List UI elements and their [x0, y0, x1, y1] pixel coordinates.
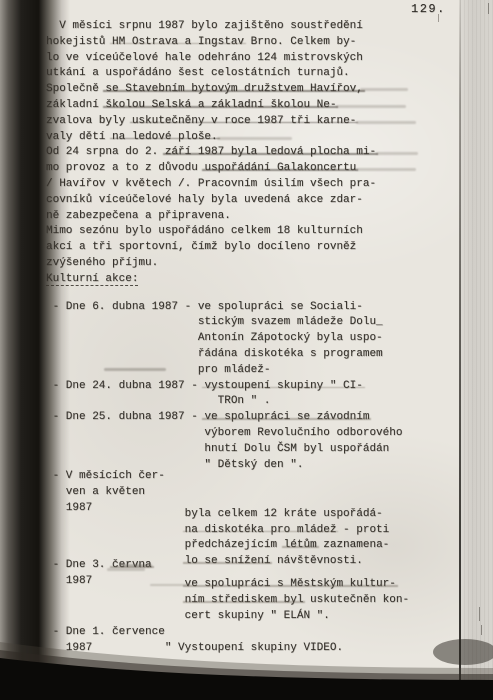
- text-segment: [46, 524, 185, 536]
- text-line: Mimo sezónu bylo uspořádáno celkem 18 ku…: [46, 224, 486, 240]
- text-segment: - Dne 25. dubna 1987 -: [46, 411, 204, 423]
- text-line: na diskotéka pro mládež - proti: [46, 523, 486, 539]
- text-line: - Dne 24. dubna 1987 - vystoupení skupin…: [46, 379, 486, 395]
- text-line: výborem Revolučního odborového: [46, 426, 486, 442]
- text-segment: - Dne 3.: [46, 559, 112, 571]
- text-segment: - V měsících čer-: [46, 470, 165, 482]
- struck-text: uskutečněny v roce 1987 tři karne-: [132, 115, 356, 127]
- smudge-mark: [336, 105, 406, 108]
- text-segment: předcházejícím: [46, 539, 284, 551]
- text-line: zvýšeného příjmu.: [46, 256, 486, 272]
- text-segment: valy dětí: [46, 131, 112, 143]
- struck-text: ve spolupráci s Městským kultur-: [185, 578, 396, 590]
- struck-text: na diskotéka pro mládež: [185, 524, 337, 536]
- text-segment: řádána diskotéka s programem: [46, 348, 383, 360]
- smudge-mark: [217, 137, 292, 140]
- text-segment: ven a květen: [46, 486, 145, 498]
- text-segment: Mimo sezónu bylo uspořádáno celkem 18 ku…: [46, 225, 363, 237]
- text-segment: lo ve víceúčelové hale odehráno 124 mist…: [46, 52, 363, 64]
- text-segment: - proti: [336, 524, 389, 536]
- section-heading-text: Kulturní akce:: [46, 273, 138, 286]
- smudge-mark: [356, 168, 416, 171]
- text-segment: - Dne 24. dubna 1987 -: [46, 380, 204, 392]
- edge-tick-mark: [479, 607, 480, 621]
- text-line: předcházejícím létům zaznamena-: [46, 538, 486, 554]
- text-line: ním střediskem byl uskutečněn kon-: [46, 593, 486, 609]
- text-line: covníků víceúčelové haly byla uvedená ak…: [46, 193, 486, 209]
- text-line: základní školou Selská a základní školou…: [46, 98, 486, 114]
- smudge-mark: [104, 368, 166, 371]
- struck-text: HM Ostrava a Ingstav: [112, 36, 244, 48]
- struck-text: ním střediskem byl: [185, 594, 304, 606]
- text-line: - Dne 6. dubna 1987 - ve spolupráci se S…: [46, 300, 486, 316]
- text-line: ven a květen: [46, 485, 486, 501]
- smudge-mark: [107, 568, 145, 571]
- text-segment: návštěvnosti.: [270, 555, 362, 567]
- text-segment: / Havířov v květech /. Pracovním úsilím …: [46, 178, 376, 190]
- section-heading: Kulturní akce:: [46, 272, 486, 288]
- text-line: mo provoz a to z důvodu uspořádání Galak…: [46, 161, 486, 177]
- text-segment: akcí a tři sportovní, čímž bylo docíleno…: [46, 241, 356, 253]
- text-segment: zvýšeného příjmu.: [46, 257, 158, 269]
- edge-tick-mark: [488, 3, 489, 14]
- text-line: / Havířov v květech /. Pracovním úsilím …: [46, 177, 486, 193]
- text-segment: zvalova byly: [46, 115, 132, 127]
- smudge-mark: [150, 584, 190, 586]
- text-line: pro mládež-: [46, 363, 486, 379]
- text-line: stickým svazem mládeže Dolu_: [46, 315, 486, 331]
- struck-text: září 1987 byla ledová plocha mi-: [165, 146, 376, 158]
- corner-mark: [430, 14, 439, 22]
- text-segment: stickým svazem mládeže Dolu_: [46, 316, 383, 328]
- text-segment: hokejistů: [46, 36, 112, 48]
- document-body: V měsíci srpnu 1987 bylo zajištěno soust…: [46, 19, 486, 656]
- text-segment: covníků víceúčelové haly byla uvedená ak…: [46, 194, 363, 206]
- paragraph-block: V měsíci srpnu 1987 bylo zajištěno soust…: [46, 19, 486, 272]
- scanned-page: 129. V měsíci srpnu 1987 bylo zajištěno …: [0, 0, 493, 700]
- smudge-mark: [376, 152, 418, 155]
- text-segment: zaznamena-: [317, 539, 390, 551]
- text-segment: uskutečněn kon-: [303, 594, 409, 606]
- text-segment: výborem Revolučního odborového: [46, 427, 402, 439]
- text-line: Antonín Zápotocký byla uspo-: [46, 331, 486, 347]
- text-segment: byla celkem 12 kráte uspořádá-: [46, 508, 383, 520]
- struck-text: se Stavebním bytovým družstvem Havířov,: [105, 83, 362, 95]
- text-line: hnutí Dolu ČSM byl uspořádán: [46, 442, 486, 458]
- text-line: ně zabezpečena a připravena.: [46, 209, 486, 225]
- text-segment: [46, 594, 185, 606]
- text-line: zvalova byly uskutečněny v roce 1987 tři…: [46, 114, 486, 130]
- struck-text: školou Selská a základní školou Ne-: [105, 99, 336, 111]
- text-line: hokejistů HM Ostrava a Ingstav Brno. Cel…: [46, 35, 486, 51]
- text-line: cert skupiny " ELÁN ".: [46, 609, 486, 625]
- text-segment: - Dne 6. dubna 1987 - ve spolupráci se S…: [46, 301, 363, 313]
- smudge-mark: [360, 88, 408, 91]
- text-line: akcí a tři sportovní, čímž bylo docíleno…: [46, 240, 486, 256]
- text-segment: ně zabezpečena a připravena.: [46, 210, 231, 222]
- text-segment: hnutí Dolu ČSM byl uspořádán: [46, 443, 389, 455]
- text-line: Společně se Stavebním bytovým družstvem …: [46, 82, 486, 98]
- text-line: TROn " .: [46, 394, 486, 410]
- text-segment: cert skupiny " ELÁN ".: [46, 610, 330, 622]
- page-bottom-curl: [0, 630, 493, 700]
- text-line: ve spolupráci s Městským kultur-: [46, 577, 486, 593]
- text-line: V měsíci srpnu 1987 bylo zajištěno soust…: [46, 19, 486, 35]
- text-segment: V měsíci srpnu 1987 bylo zajištěno soust…: [46, 20, 363, 32]
- struck-text: ve spolupráci se závodním: [204, 411, 369, 423]
- text-line: řádána diskotéka s programem: [46, 347, 486, 363]
- text-segment: Od 24 srpna do 2.: [46, 146, 165, 158]
- text-line: utkání a uspořádáno šest celostátních tu…: [46, 66, 486, 82]
- struck-text: vystoupení skupiny " CI-: [204, 380, 362, 392]
- text-line: Od 24 srpna do 2. září 1987 byla ledová …: [46, 145, 486, 161]
- text-segment: Společně: [46, 83, 105, 95]
- text-segment: základní: [46, 99, 105, 111]
- smudge-mark: [120, 564, 152, 567]
- text-line: - Dne 25. dubna 1987 - ve spolupráci se …: [46, 410, 486, 426]
- text-segment: utkání a uspořádáno šest celostátních tu…: [46, 67, 350, 79]
- text-line: lo ve víceúčelové hale odehráno 124 mist…: [46, 51, 486, 67]
- struck-text: lo se snížení: [185, 555, 271, 567]
- text-line: byla celkem 12 kráte uspořádá-: [46, 507, 486, 523]
- text-segment: Antonín Zápotocký byla uspo-: [46, 332, 383, 344]
- text-segment: mo provoz a to z důvodu: [46, 162, 204, 174]
- struck-text: létům: [284, 539, 317, 551]
- list-block: - Dne 6. dubna 1987 - ve spolupráci se S…: [46, 300, 486, 657]
- smudge-mark: [356, 121, 416, 124]
- struck-text: uspořádání Galakoncertu: [204, 162, 356, 174]
- text-segment: TROn " .: [46, 395, 270, 407]
- struck-text: na ledové ploše.: [112, 131, 218, 143]
- text-segment: Brno. Celkem by-: [244, 36, 356, 48]
- page-number: 129.: [411, 2, 446, 16]
